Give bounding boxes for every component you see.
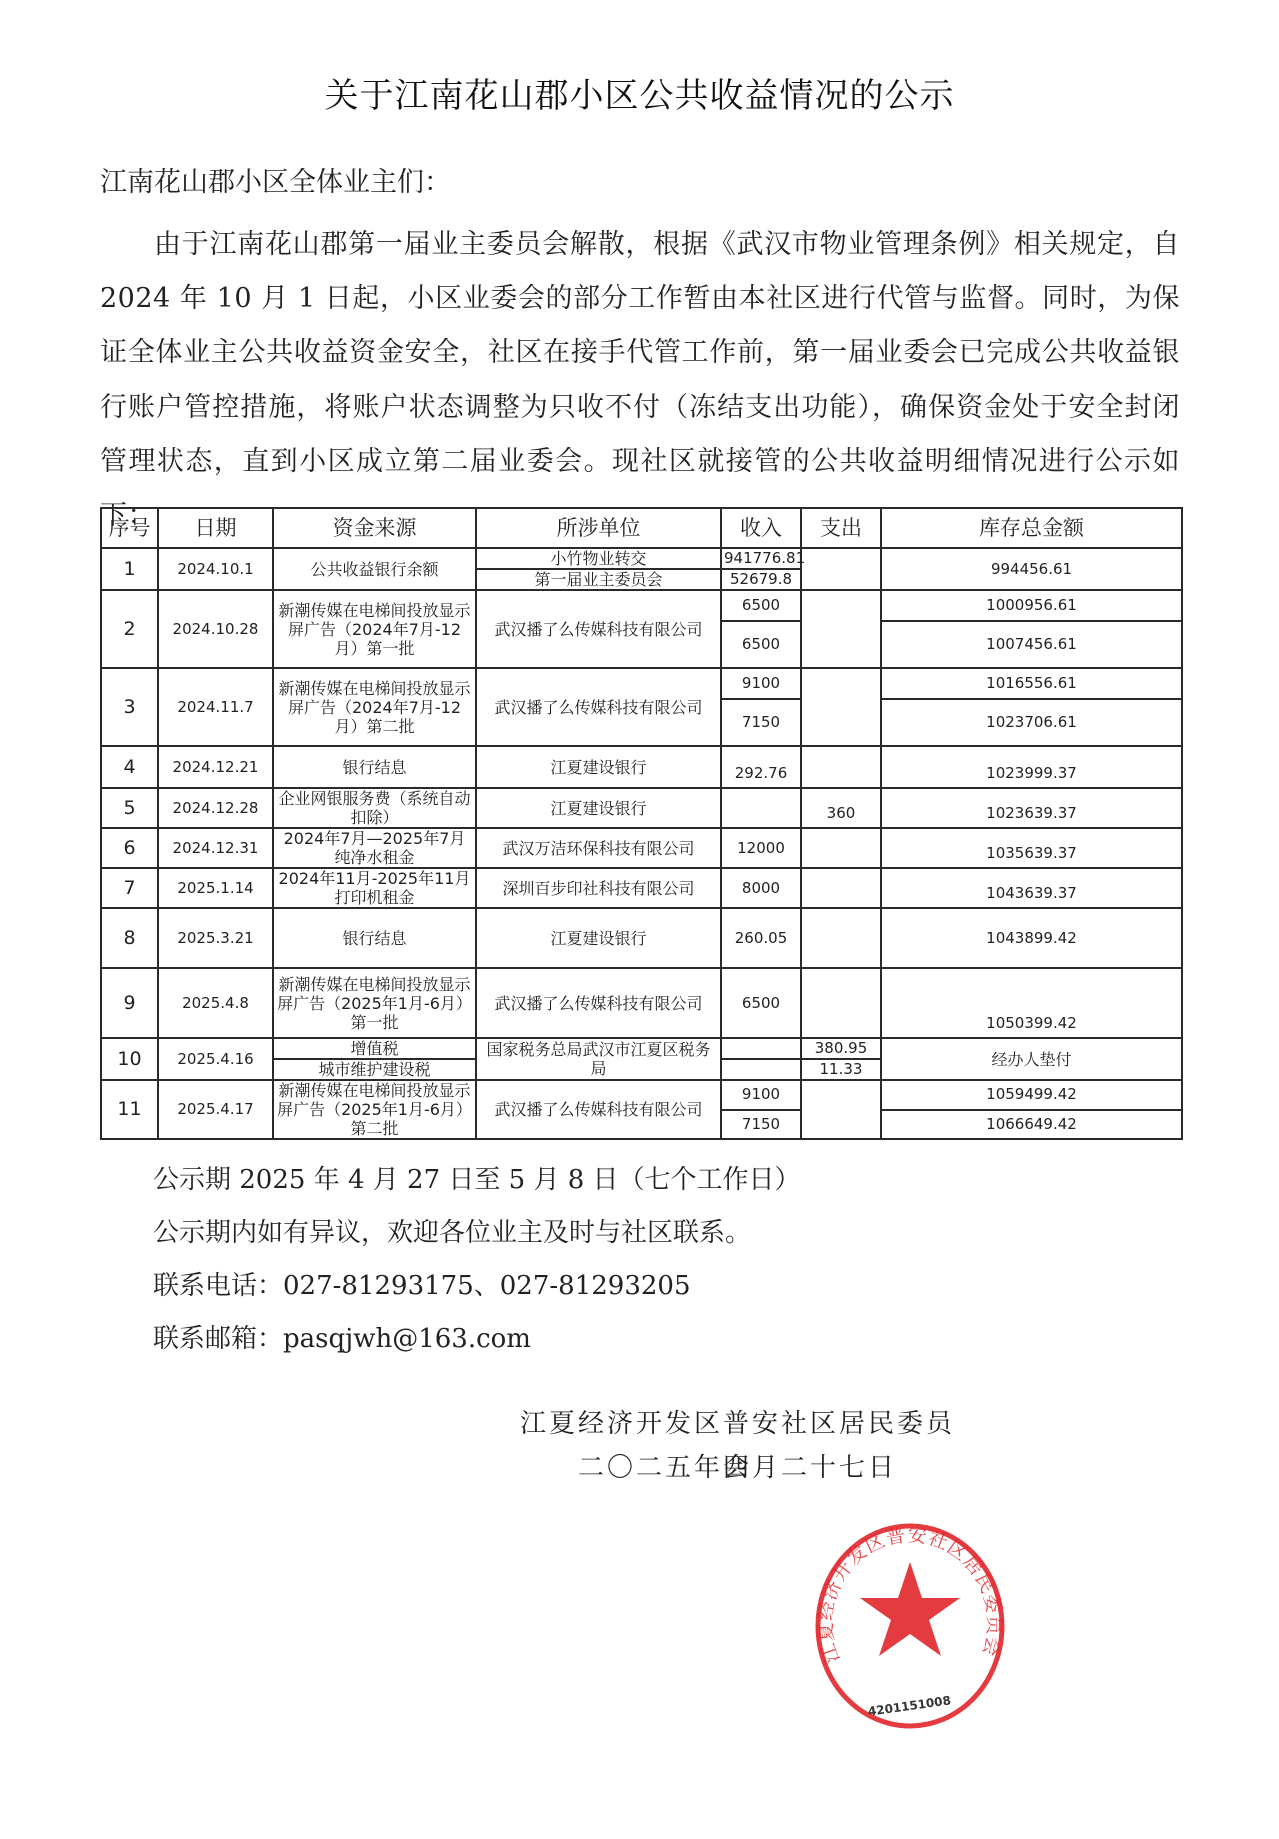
- cell-seq: 6: [101, 828, 158, 868]
- cell-balance: 经办人垫付: [881, 1038, 1182, 1080]
- cell-source: 银行结息: [273, 746, 476, 788]
- cell-balance: 1016556.61: [881, 668, 1182, 699]
- table-row: 9 2025.4.8 新潮传媒在电梯间投放显示屏广告（2025年1月-6月）第一…: [101, 968, 1182, 1038]
- cell-balance: 1050399.42: [881, 968, 1182, 1038]
- cell-seq: 4: [101, 746, 158, 788]
- cell-unit: 江夏建设银行: [476, 908, 721, 968]
- public-income-table: 序号 日期 资金来源 所涉单位 收入 支出 库存总金额 1 2024.10.1 …: [100, 507, 1183, 1140]
- cell-unit: 小竹物业转交: [476, 548, 721, 569]
- table-row: 10 2025.4.16 增值税 国家税务总局武汉市江夏区税务局 380.95 …: [101, 1038, 1182, 1059]
- header-source: 资金来源: [273, 508, 476, 548]
- signing-organization: 江夏经济开发区普安社区居民委员会: [515, 1402, 960, 1446]
- cell-date: 2025.4.17: [158, 1080, 273, 1139]
- header-income: 收入: [721, 508, 801, 548]
- official-seal-icon: 江夏经济开发区普安社区居民委员会 4201151008: [810, 1520, 1010, 1735]
- cell-income: 292.76: [721, 746, 801, 788]
- cell-date: 2024.10.28: [158, 590, 273, 668]
- cell-expense: 360: [801, 788, 881, 828]
- cell-expense: [801, 908, 881, 968]
- cell-unit: 武汉播了么传媒科技有限公司: [476, 590, 721, 668]
- objection-note: 公示期内如有异议，欢迎各位业主及时与社区联系。: [153, 1213, 801, 1266]
- cell-income: [721, 1038, 801, 1059]
- table-row: 8 2025.3.21 银行结息 江夏建设银行 260.05 1043899.4…: [101, 908, 1182, 968]
- cell-unit: 武汉播了么传媒科技有限公司: [476, 668, 721, 746]
- cell-unit: 国家税务总局武汉市江夏区税务局: [476, 1038, 721, 1080]
- cell-income: 9100: [721, 1080, 801, 1110]
- table-row: 6 2024.12.31 2024年7月—2025年7月纯净水租金 武汉万洁环保…: [101, 828, 1182, 868]
- cell-unit: 深圳百步印社科技有限公司: [476, 868, 721, 908]
- table-row: 2 2024.10.28 新潮传媒在电梯间投放显示屏广告（2024年7月-12月…: [101, 590, 1182, 621]
- cell-income: 9100: [721, 668, 801, 699]
- cell-date: 2024.12.31: [158, 828, 273, 868]
- cell-unit: 武汉万洁环保科技有限公司: [476, 828, 721, 868]
- table-row: 5 2024.12.28 企业网银服务费（系统自动扣除） 江夏建设银行 360 …: [101, 788, 1182, 828]
- cell-expense: [801, 868, 881, 908]
- publicity-period: 公示期 2025 年 4 月 27 日至 5 月 8 日（七个工作日）: [153, 1160, 801, 1213]
- cell-income: 6500: [721, 968, 801, 1038]
- table-row: 3 2024.11.7 新潮传媒在电梯间投放显示屏广告（2024年7月-12月）…: [101, 668, 1182, 699]
- table-row: 1 2024.10.1 公共收益银行余额 小竹物业转交 941776.81 99…: [101, 548, 1182, 569]
- cell-unit: 武汉播了么传媒科技有限公司: [476, 1080, 721, 1139]
- cell-unit: 武汉播了么传媒科技有限公司: [476, 968, 721, 1038]
- cell-unit: 江夏建设银行: [476, 788, 721, 828]
- cell-balance: 1066649.42: [881, 1110, 1182, 1140]
- cell-date: 2024.12.28: [158, 788, 273, 828]
- header-date: 日期: [158, 508, 273, 548]
- cell-unit: 第一届业主委员会: [476, 569, 721, 590]
- cell-seq: 11: [101, 1080, 158, 1139]
- cell-balance: 994456.61: [881, 548, 1182, 590]
- cell-source: 2024年11月-2025年11月打印机租金: [273, 868, 476, 908]
- cell-income: 52679.8: [721, 569, 801, 590]
- cell-expense: [801, 1080, 881, 1139]
- cell-balance: 1043639.37: [881, 868, 1182, 908]
- contact-email: 联系邮箱：pasqjwh@163.com: [153, 1319, 801, 1372]
- star-icon: [860, 1562, 960, 1656]
- cell-income: 7150: [721, 699, 801, 746]
- cell-expense: 11.33: [801, 1059, 881, 1080]
- cell-seq: 8: [101, 908, 158, 968]
- cell-income: 941776.81: [721, 548, 801, 569]
- seal-code: 4201151008: [867, 1693, 952, 1718]
- header-balance: 库存总金额: [881, 508, 1182, 548]
- cell-balance: 1043899.42: [881, 908, 1182, 968]
- cell-date: 2025.3.21: [158, 908, 273, 968]
- cell-balance: 1007456.61: [881, 621, 1182, 668]
- cell-source: 新潮传媒在电梯间投放显示屏广告（2025年1月-6月）第一批: [273, 968, 476, 1038]
- cell-income: 12000: [721, 828, 801, 868]
- cell-date: 2025.4.8: [158, 968, 273, 1038]
- header-unit: 所涉单位: [476, 508, 721, 548]
- header-expense: 支出: [801, 508, 881, 548]
- cell-income: 260.05: [721, 908, 801, 968]
- cell-source: 增值税: [273, 1038, 476, 1059]
- cell-seq: 10: [101, 1038, 158, 1080]
- footer-notes: 公示期 2025 年 4 月 27 日至 5 月 8 日（七个工作日） 公示期内…: [153, 1160, 801, 1372]
- cell-seq: 9: [101, 968, 158, 1038]
- cell-unit: 江夏建设银行: [476, 746, 721, 788]
- cell-balance: 1000956.61: [881, 590, 1182, 621]
- cell-income: 7150: [721, 1110, 801, 1140]
- cell-seq: 3: [101, 668, 158, 746]
- cell-income: [721, 1059, 801, 1080]
- cell-source: 银行结息: [273, 908, 476, 968]
- body-paragraph: 由于江南花山郡第一届业主委员会解散，根据《武汉市物业管理条例》相关规定，自 20…: [100, 218, 1180, 543]
- cell-expense: [801, 668, 881, 746]
- cell-source: 新潮传媒在电梯间投放显示屏广告（2024年7月-12月）第一批: [273, 590, 476, 668]
- cell-expense: [801, 828, 881, 868]
- cell-balance: 1023706.61: [881, 699, 1182, 746]
- header-seq: 序号: [101, 508, 158, 548]
- cell-income: 8000: [721, 868, 801, 908]
- cell-date: 2025.4.16: [158, 1038, 273, 1080]
- cell-expense: [801, 968, 881, 1038]
- table-row: 7 2025.1.14 2024年11月-2025年11月打印机租金 深圳百步印…: [101, 868, 1182, 908]
- salutation: 江南花山郡小区全体业主们：: [100, 160, 451, 199]
- signing-date: 二〇二五年四月二十七日: [515, 1446, 960, 1490]
- cell-source: 新潮传媒在电梯间投放显示屏广告（2024年7月-12月）第二批: [273, 668, 476, 746]
- cell-source: 新潮传媒在电梯间投放显示屏广告（2025年1月-6月）第二批: [273, 1080, 476, 1139]
- cell-balance: 1023639.37: [881, 788, 1182, 828]
- signature-block: 江夏经济开发区普安社区居民委员会 二〇二五年四月二十七日: [515, 1402, 960, 1490]
- cell-balance: 1059499.42: [881, 1080, 1182, 1110]
- cell-balance: 1035639.37: [881, 828, 1182, 868]
- cell-date: 2025.1.14: [158, 868, 273, 908]
- cell-source: 2024年7月—2025年7月纯净水租金: [273, 828, 476, 868]
- cell-expense: [801, 548, 881, 590]
- cell-income: 6500: [721, 621, 801, 668]
- cell-seq: 5: [101, 788, 158, 828]
- cell-seq: 1: [101, 548, 158, 590]
- cell-date: 2024.12.21: [158, 746, 273, 788]
- table-row: 4 2024.12.21 银行结息 江夏建设银行 292.76 1023999.…: [101, 746, 1182, 788]
- document-title: 关于江南花山郡小区公共收益情况的公示: [0, 68, 1279, 117]
- cell-balance: 1023999.37: [881, 746, 1182, 788]
- cell-expense: [801, 590, 881, 668]
- cell-source: 公共收益银行余额: [273, 548, 476, 590]
- cell-expense: [801, 746, 881, 788]
- contact-phone: 联系电话：027-81293175、027-81293205: [153, 1266, 801, 1319]
- cell-date: 2024.11.7: [158, 668, 273, 746]
- cell-source: 企业网银服务费（系统自动扣除）: [273, 788, 476, 828]
- cell-income: 6500: [721, 590, 801, 621]
- cell-seq: 7: [101, 868, 158, 908]
- table-header-row: 序号 日期 资金来源 所涉单位 收入 支出 库存总金额: [101, 508, 1182, 548]
- table-row: 11 2025.4.17 新潮传媒在电梯间投放显示屏广告（2025年1月-6月）…: [101, 1080, 1182, 1110]
- cell-source: 城市维护建设税: [273, 1059, 476, 1080]
- cell-expense: 380.95: [801, 1038, 881, 1059]
- cell-seq: 2: [101, 590, 158, 668]
- cell-income: [721, 788, 801, 828]
- cell-date: 2024.10.1: [158, 548, 273, 590]
